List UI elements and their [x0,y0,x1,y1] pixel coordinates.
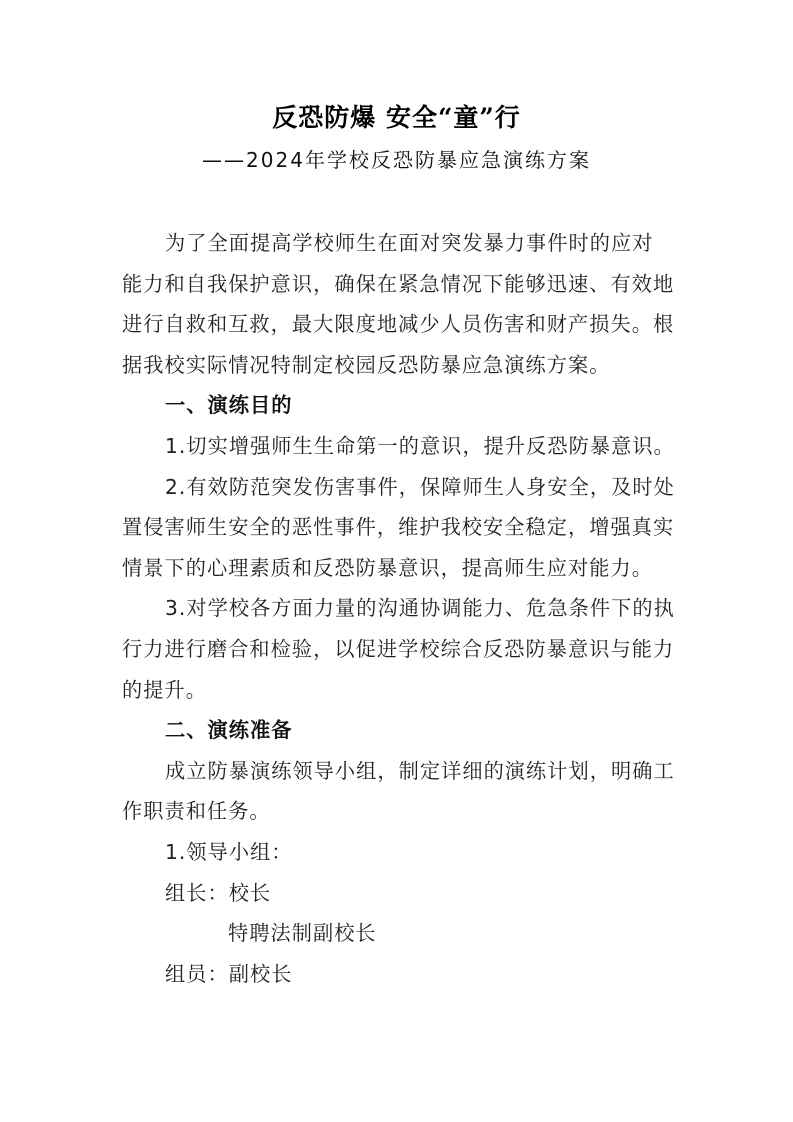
document-subtitle: ——2024年学校反恐防暴应急演练方案 [0,145,793,175]
text-line: 进行自救和互救，最大限度地减少人员伤害和财产损失。根 [122,304,674,345]
text-line: 组长：校长 [122,873,674,914]
purpose-item-1: 1.切实增强师生生命第一的意识，提升反恐防暴意识。 [122,426,674,467]
text-line: 组员：副校长 [122,954,674,995]
document-title: 反恐防爆 安全“童”行 [0,101,793,135]
text-line: 3.对学校各方面力量的沟通协调能力、危急条件下的执 [122,588,674,629]
group-leader-extra: 特聘法制副校长 [122,913,674,954]
text-line: 特聘法制副校长 [122,913,674,954]
text-line: 2.有效防范突发伤害事件，保障师生人身安全，及时处 [122,467,674,508]
text-line: 成立防暴演练领导小组，制定详细的演练计划，明确工 [122,751,674,792]
intro-paragraph: 为了全面提高学校师生在面对突发暴力事件时的应对 能力和自我保护意识，确保在紧急情… [122,223,674,385]
text-line: 作职责和任务。 [122,791,674,832]
group-member-line: 组员：副校长 [122,954,674,995]
document-body: 为了全面提高学校师生在面对突发暴力事件时的应对 能力和自我保护意识，确保在紧急情… [122,223,674,994]
text-line: 据我校实际情况特制定校园反恐防暴应急演练方案。 [122,345,674,386]
text-line: 为了全面提高学校师生在面对突发暴力事件时的应对 [122,223,674,264]
purpose-item-2: 2.有效防范突发伤害事件，保障师生人身安全，及时处 置侵害师生安全的恶性事件，维… [122,467,674,589]
leadership-group-title: 1.领导小组： [122,832,674,873]
text-line: 置侵害师生安全的恶性事件，维护我校安全稳定，增强真实 [122,507,674,548]
text-line: 情景下的心理素质和反恐防暴意识，提高师生应对能力。 [122,548,674,589]
group-leader-line: 组长：校长 [122,873,674,914]
text-line: 的提升。 [122,670,674,711]
text-line: 1.切实增强师生生命第一的意识，提升反恐防暴意识。 [122,426,674,467]
text-line: 行力进行磨合和检验，以促进学校综合反恐防暴意识与能力 [122,629,674,670]
text-line: 1.领导小组： [122,832,674,873]
preparation-paragraph: 成立防暴演练领导小组，制定详细的演练计划，明确工 作职责和任务。 [122,751,674,832]
text-line: 能力和自我保护意识，确保在紧急情况下能够迅速、有效地 [122,264,674,305]
section-heading-drill-preparation: 二、演练准备 [122,710,674,751]
document-page: 反恐防爆 安全“童”行 ——2024年学校反恐防暴应急演练方案 为了全面提高学校… [0,0,793,1122]
purpose-item-3: 3.对学校各方面力量的沟通协调能力、危急条件下的执 行力进行磨合和检验，以促进学… [122,588,674,710]
section-heading-drill-purpose: 一、演练目的 [122,385,674,426]
